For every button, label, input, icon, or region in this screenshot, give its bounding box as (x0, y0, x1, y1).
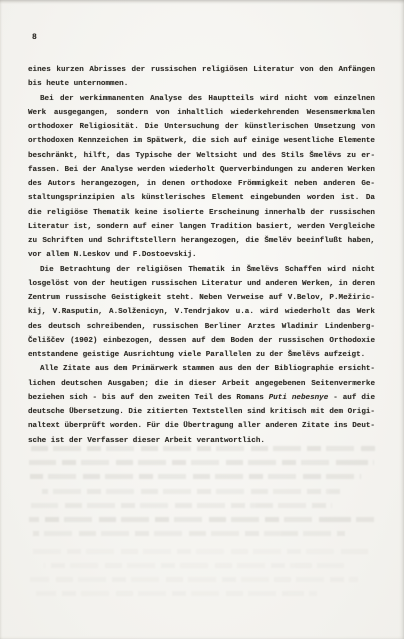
text-line: die religiöse Thematik keine isolierte E… (28, 206, 375, 220)
text-line: des deutsch schreibenden, russischen Ber… (28, 320, 375, 334)
text-line: naltext überprüft worden. Für die Übertr… (28, 419, 375, 433)
text-line: sche ist der Verfasser dieser Arbeit ver… (28, 434, 375, 448)
bleedthrough-line (31, 503, 332, 508)
bleedthrough-line (29, 517, 374, 522)
novel-title-italic: Puti nebesnye (269, 394, 329, 402)
text-line: Čeliščev (1902) einbezogen, dessen auf d… (28, 334, 375, 348)
bleedthrough-line (30, 577, 358, 582)
text-line: orthodoxer Religiosität. Die Untersuchun… (28, 120, 375, 134)
bleedthrough-line (36, 591, 317, 596)
text-line: beschränkt, hilft, das Typische der Welt… (28, 149, 375, 163)
bleedthrough-line (30, 549, 370, 554)
text-line: Literatur ist, sondern auf einer langen … (28, 220, 375, 234)
text-line: fassen. Bei der Analyse werden wiederhol… (28, 163, 375, 177)
scanned-page: 8 eines kurzen Abrisses der russischen r… (0, 0, 404, 639)
bleedthrough-line (30, 474, 361, 479)
text-line: des Autors herangezogen, in denen orthod… (28, 177, 375, 191)
paragraph: eines kurzen Abrisses der russischen rel… (28, 63, 375, 92)
text-line: Alle Zitate aus dem Primärwerk stammen a… (28, 362, 375, 376)
text-line: deutsche Übersetzung. Die zitierten Text… (28, 405, 375, 419)
text-line: lichen deutschen Ausgaben; die in dieser… (28, 377, 375, 391)
text-line: entstandene geistige Ausrichtung viele P… (28, 348, 375, 362)
bleedthrough-line (33, 531, 345, 536)
text-line: Werk ausgegangen, sondern von inhaltlich… (28, 106, 375, 120)
text-block: eines kurzen Abrisses der russischen rel… (28, 63, 375, 448)
text-line: orthodoxen Kennzeichen im Spätwerk, die … (28, 134, 375, 148)
text-line: zu Schriften und Schriftstellern herange… (28, 234, 375, 248)
text-line: Die Betrachtung der religiösen Thematik … (28, 263, 375, 277)
bleedthrough-line (44, 563, 344, 568)
page-number: 8 (32, 33, 37, 42)
paragraph: Die Betrachtung der religiösen Thematik … (28, 263, 375, 363)
text-line: bis heute unternommen. (28, 77, 375, 91)
bleedthrough-line (42, 489, 340, 494)
text-line: losgelöst von der heutigen russischen Li… (28, 277, 375, 291)
bleedthrough-line (29, 460, 374, 465)
text-line: staltungsprinzipien als künstlerisches E… (28, 191, 375, 205)
text-line: vor allem N.Leskov und F.Dostoevskij. (28, 248, 375, 262)
text-line: Zentrum russische Geistigkeit steht. Neb… (28, 291, 375, 305)
paragraph: Alle Zitate aus dem Primärwerk stammen a… (28, 362, 375, 448)
text-line: eines kurzen Abrisses der russischen rel… (28, 63, 375, 77)
text-line: beziehen sich - bis auf den zweiten Teil… (28, 391, 375, 405)
paragraph: Bei der werkimmanenten Analyse des Haupt… (28, 92, 375, 263)
text-line: kij, V.Rasputin, A.Solženicyn, V.Tendrja… (28, 305, 375, 319)
text-line: Bei der werkimmanenten Analyse des Haupt… (28, 92, 375, 106)
